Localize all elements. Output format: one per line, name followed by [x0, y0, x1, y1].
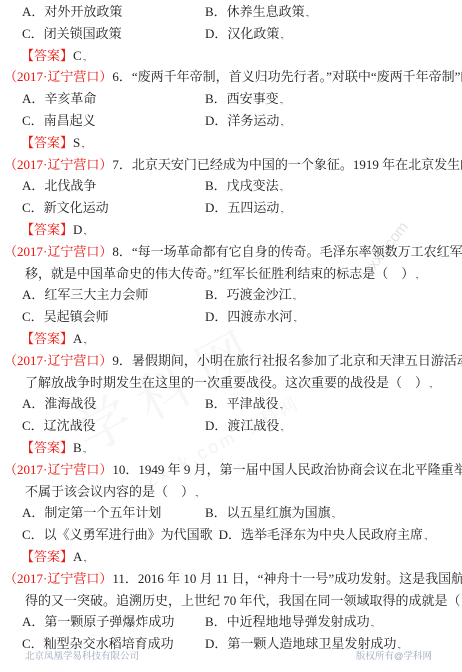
options-row-ab: A．红军三大主力会师 B．巧渡金沙江.,	[0, 284, 462, 306]
question-text: 11．2016 年 10 月 11 日，“神舟十一号”成功发射。这是我国航天技术…	[112, 571, 462, 586]
answer-value: S	[73, 135, 80, 150]
options-row-ab: A．对外开放政策 B．休养生息政策.,	[0, 1, 462, 23]
question-stem-wrap: 得的又一突破。追溯历史，上世纪 70 年代，我国在同一领域取得的成就是（ ）.,	[0, 590, 462, 612]
answer-value: B	[73, 440, 82, 455]
paragraph-mark: .,	[371, 618, 374, 628]
options-row-ab: A．制定第一个五年计划 B．以五星红旗为国旗.,	[0, 502, 462, 524]
question-tag: （2017·辽宁营口）	[4, 244, 112, 259]
option-a: A．第一颗原子弹爆炸成功	[22, 611, 205, 633]
paragraph-mark: .,	[429, 379, 432, 389]
answer-row: 【答案】S.,	[0, 132, 462, 154]
question-stem: （2017·辽宁营口）10．1949 年 9 月，第一届中国人民政治协商会议在北…	[0, 459, 462, 481]
paragraph-mark: .,	[83, 226, 86, 236]
option-c: C．辽沈战役	[22, 415, 205, 437]
option-b: B．戊戌变法.,	[205, 175, 282, 197]
options-row-ab: A．北伐战争 B．戊戌变法.,	[0, 175, 462, 197]
answer-row: 【答案】C.,	[0, 45, 462, 67]
question-stem: （2017·辽宁营口）6．“废两千年帝制，首义归功先行者。”对联中“废两千年帝制…	[0, 66, 462, 88]
question-tag: （2017·辽宁营口）	[4, 462, 112, 477]
options-row-cd: C．闭关锁国政策 D．汉化政策.,	[0, 23, 462, 45]
option-b: B．平津战役.,	[205, 393, 282, 415]
option-a: A．对外开放政策	[22, 1, 205, 23]
paragraph-mark: .,	[81, 139, 84, 149]
answer-row: 【答案】B.,	[0, 437, 462, 459]
options-row-ab: A．辛亥革命 B．西安事变.,	[0, 88, 462, 110]
options-row-ab: A．第一颗原子弹爆炸成功 B．中近程地地导弹发射成功.,	[0, 611, 462, 633]
option-c: C．新文化运动	[22, 197, 205, 219]
option-a: A．制定第一个五年计划	[22, 502, 205, 524]
answer-value: A	[73, 549, 82, 564]
option-c: C．南昌起义	[22, 110, 205, 132]
paragraph-mark: .,	[280, 182, 283, 192]
paragraph-mark: .,	[293, 291, 296, 301]
option-d: D．四渡赤水河.,	[205, 306, 296, 328]
option-b: B．以五星红旗为国旗.,	[205, 502, 334, 524]
paragraph-mark: .,	[83, 444, 86, 454]
page-footer: 北京凤凰学易科技有限公司 版权所有@学科网	[0, 650, 462, 664]
question-text: 9．暑假期间，小明在旅行社报名参加了北京和天津五日游活动。导游向他介绍	[112, 353, 462, 368]
options-row-cd: C．南昌起义 D．洋务运动.,	[0, 110, 462, 132]
option-c: C．闭关锁国政策	[22, 23, 205, 45]
paragraph-mark: .,	[280, 422, 283, 432]
question-tag: （2017·辽宁营口）	[4, 69, 112, 84]
option-d: D．洋务运动.,	[205, 110, 283, 132]
answer-value: D	[73, 222, 82, 237]
option-c: C．吴起镇会师	[22, 306, 205, 328]
paragraph-mark: .,	[293, 313, 296, 323]
question-tag: （2017·辽宁营口）	[4, 571, 112, 586]
option-b: B．西安事变.,	[205, 88, 282, 110]
answer-value: A	[73, 331, 82, 346]
document-content: A．对外开放政策 B．休养生息政策., C．闭关锁国政策 D．汉化政策., 【答…	[0, 0, 462, 655]
footer-copyright: 版权所有@学科网	[356, 650, 432, 664]
option-d: D．选举毛泽东为中央人民政府主席.,	[219, 524, 427, 546]
question-stem: （2017·辽宁营口）8．“每一场革命都有它自身的传奇。毛泽东率领数万工农红军所…	[0, 241, 462, 263]
options-row-cd: C．以《义勇军进行曲》为代国歌 D．选举毛泽东为中央人民政府主席.,	[0, 524, 462, 546]
paragraph-mark: .,	[83, 52, 86, 62]
option-d: D．汉化政策.,	[205, 23, 283, 45]
paragraph-mark: .,	[280, 117, 283, 127]
paragraph-mark: .,	[397, 640, 400, 650]
paragraph-mark: .,	[332, 509, 335, 519]
question-stem-wrap: 了解放战争时期发生在这里的一次重要战役。这次重要的战役是（ ）.,	[0, 372, 462, 394]
document-page: zxxk.com 学科网 Zxxk.com 学科网 A．对外开放政策 B．休养生…	[0, 0, 462, 672]
options-row-cd: C．新文化运动 D．五四运动.,	[0, 197, 462, 219]
paragraph-mark: .,	[280, 95, 283, 105]
answer-row: 【答案】A.,	[0, 546, 462, 568]
question-stem: （2017·辽宁营口）11．2016 年 10 月 11 日，“神舟十一号”成功…	[0, 568, 462, 590]
answer-label: 【答案】	[21, 549, 73, 564]
paragraph-mark: .,	[306, 8, 309, 18]
question-text: 6．“废两千年帝制，首义归功先行者。”对联中“废两千年帝制”的革命是（ ）	[112, 69, 462, 84]
question-stem: （2017·辽宁营口）9．暑假期间，小明在旅行社报名参加了北京和天津五日游活动。…	[0, 350, 462, 372]
question-stem-wrap: 移，就是中国革命史的伟大传奇。”红军长征胜利结束的标志是（ ）.,	[0, 263, 462, 285]
options-row-cd: C．辽沈战役 D．渡江战役.,	[0, 415, 462, 437]
paragraph-mark: .,	[280, 400, 283, 410]
question-tag: （2017·辽宁营口）	[4, 353, 112, 368]
options-row-ab: A．淮海战役 B．平津战役.,	[0, 393, 462, 415]
paragraph-mark: .,	[424, 531, 427, 541]
answer-label: 【答案】	[21, 135, 73, 150]
paragraph-mark: .,	[83, 335, 86, 345]
option-a: A．辛亥革命	[22, 88, 205, 110]
question-text: 7．北京天安门已经成为中国的一个象征。1919 年在北京发生的历史事件是（ ）	[112, 157, 462, 172]
answer-row: 【答案】D.,	[0, 219, 462, 241]
paragraph-mark: .,	[280, 30, 283, 40]
footer-company: 北京凤凰学易科技有限公司	[25, 650, 139, 664]
question-text: 了解放战争时期发生在这里的一次重要战役。这次重要的战役是（ ）	[25, 375, 428, 390]
option-a: A．红军三大主力会师	[22, 284, 205, 306]
paragraph-mark: .,	[195, 488, 198, 498]
answer-label: 【答案】	[21, 331, 73, 346]
question-stem: （2017·辽宁营口）7．北京天安门已经成为中国的一个象征。1919 年在北京发…	[0, 154, 462, 176]
paragraph-mark: .,	[415, 270, 418, 280]
question-text: 10．1949 年 9 月，第一届中国人民政治协商会议在北平隆重举行。下列选项中	[112, 462, 462, 477]
option-a: A．北伐战争	[22, 175, 205, 197]
paragraph-mark: .,	[280, 204, 283, 214]
option-b: B．巧渡金沙江.,	[205, 284, 295, 306]
answer-row: 【答案】A.,	[0, 328, 462, 350]
option-b: B．休养生息政策.,	[205, 1, 308, 23]
option-d: D．渡江战役.,	[205, 415, 283, 437]
question-text: 移，就是中国革命史的伟大传奇。”红军长征胜利结束的标志是（ ）	[25, 266, 414, 281]
question-text: 8．“每一场革命都有它自身的传奇。毛泽东率领数万工农红军所完成的战略转	[112, 244, 462, 259]
question-tag: （2017·辽宁营口）	[4, 157, 112, 172]
answer-label: 【答案】	[21, 222, 73, 237]
question-stem-wrap: 不属于该会议内容的是（ ）.,	[0, 481, 462, 503]
answer-label: 【答案】	[21, 440, 73, 455]
option-d: D．五四运动.,	[205, 197, 283, 219]
option-c: C．以《义勇军进行曲》为代国歌	[22, 524, 219, 546]
question-text: 不属于该会议内容的是（ ）	[25, 484, 194, 499]
options-row-cd: C．吴起镇会师 D．四渡赤水河.,	[0, 306, 462, 328]
answer-label: 【答案】	[21, 48, 73, 63]
answer-value: C	[73, 48, 82, 63]
paragraph-mark: .,	[83, 553, 86, 563]
question-text: 得的又一突破。追溯历史，上世纪 70 年代，我国在同一领域取得的成就是（ ）	[25, 593, 462, 608]
option-b: B．中近程地地导弹发射成功.,	[205, 611, 373, 633]
option-a: A．淮海战役	[22, 393, 205, 415]
